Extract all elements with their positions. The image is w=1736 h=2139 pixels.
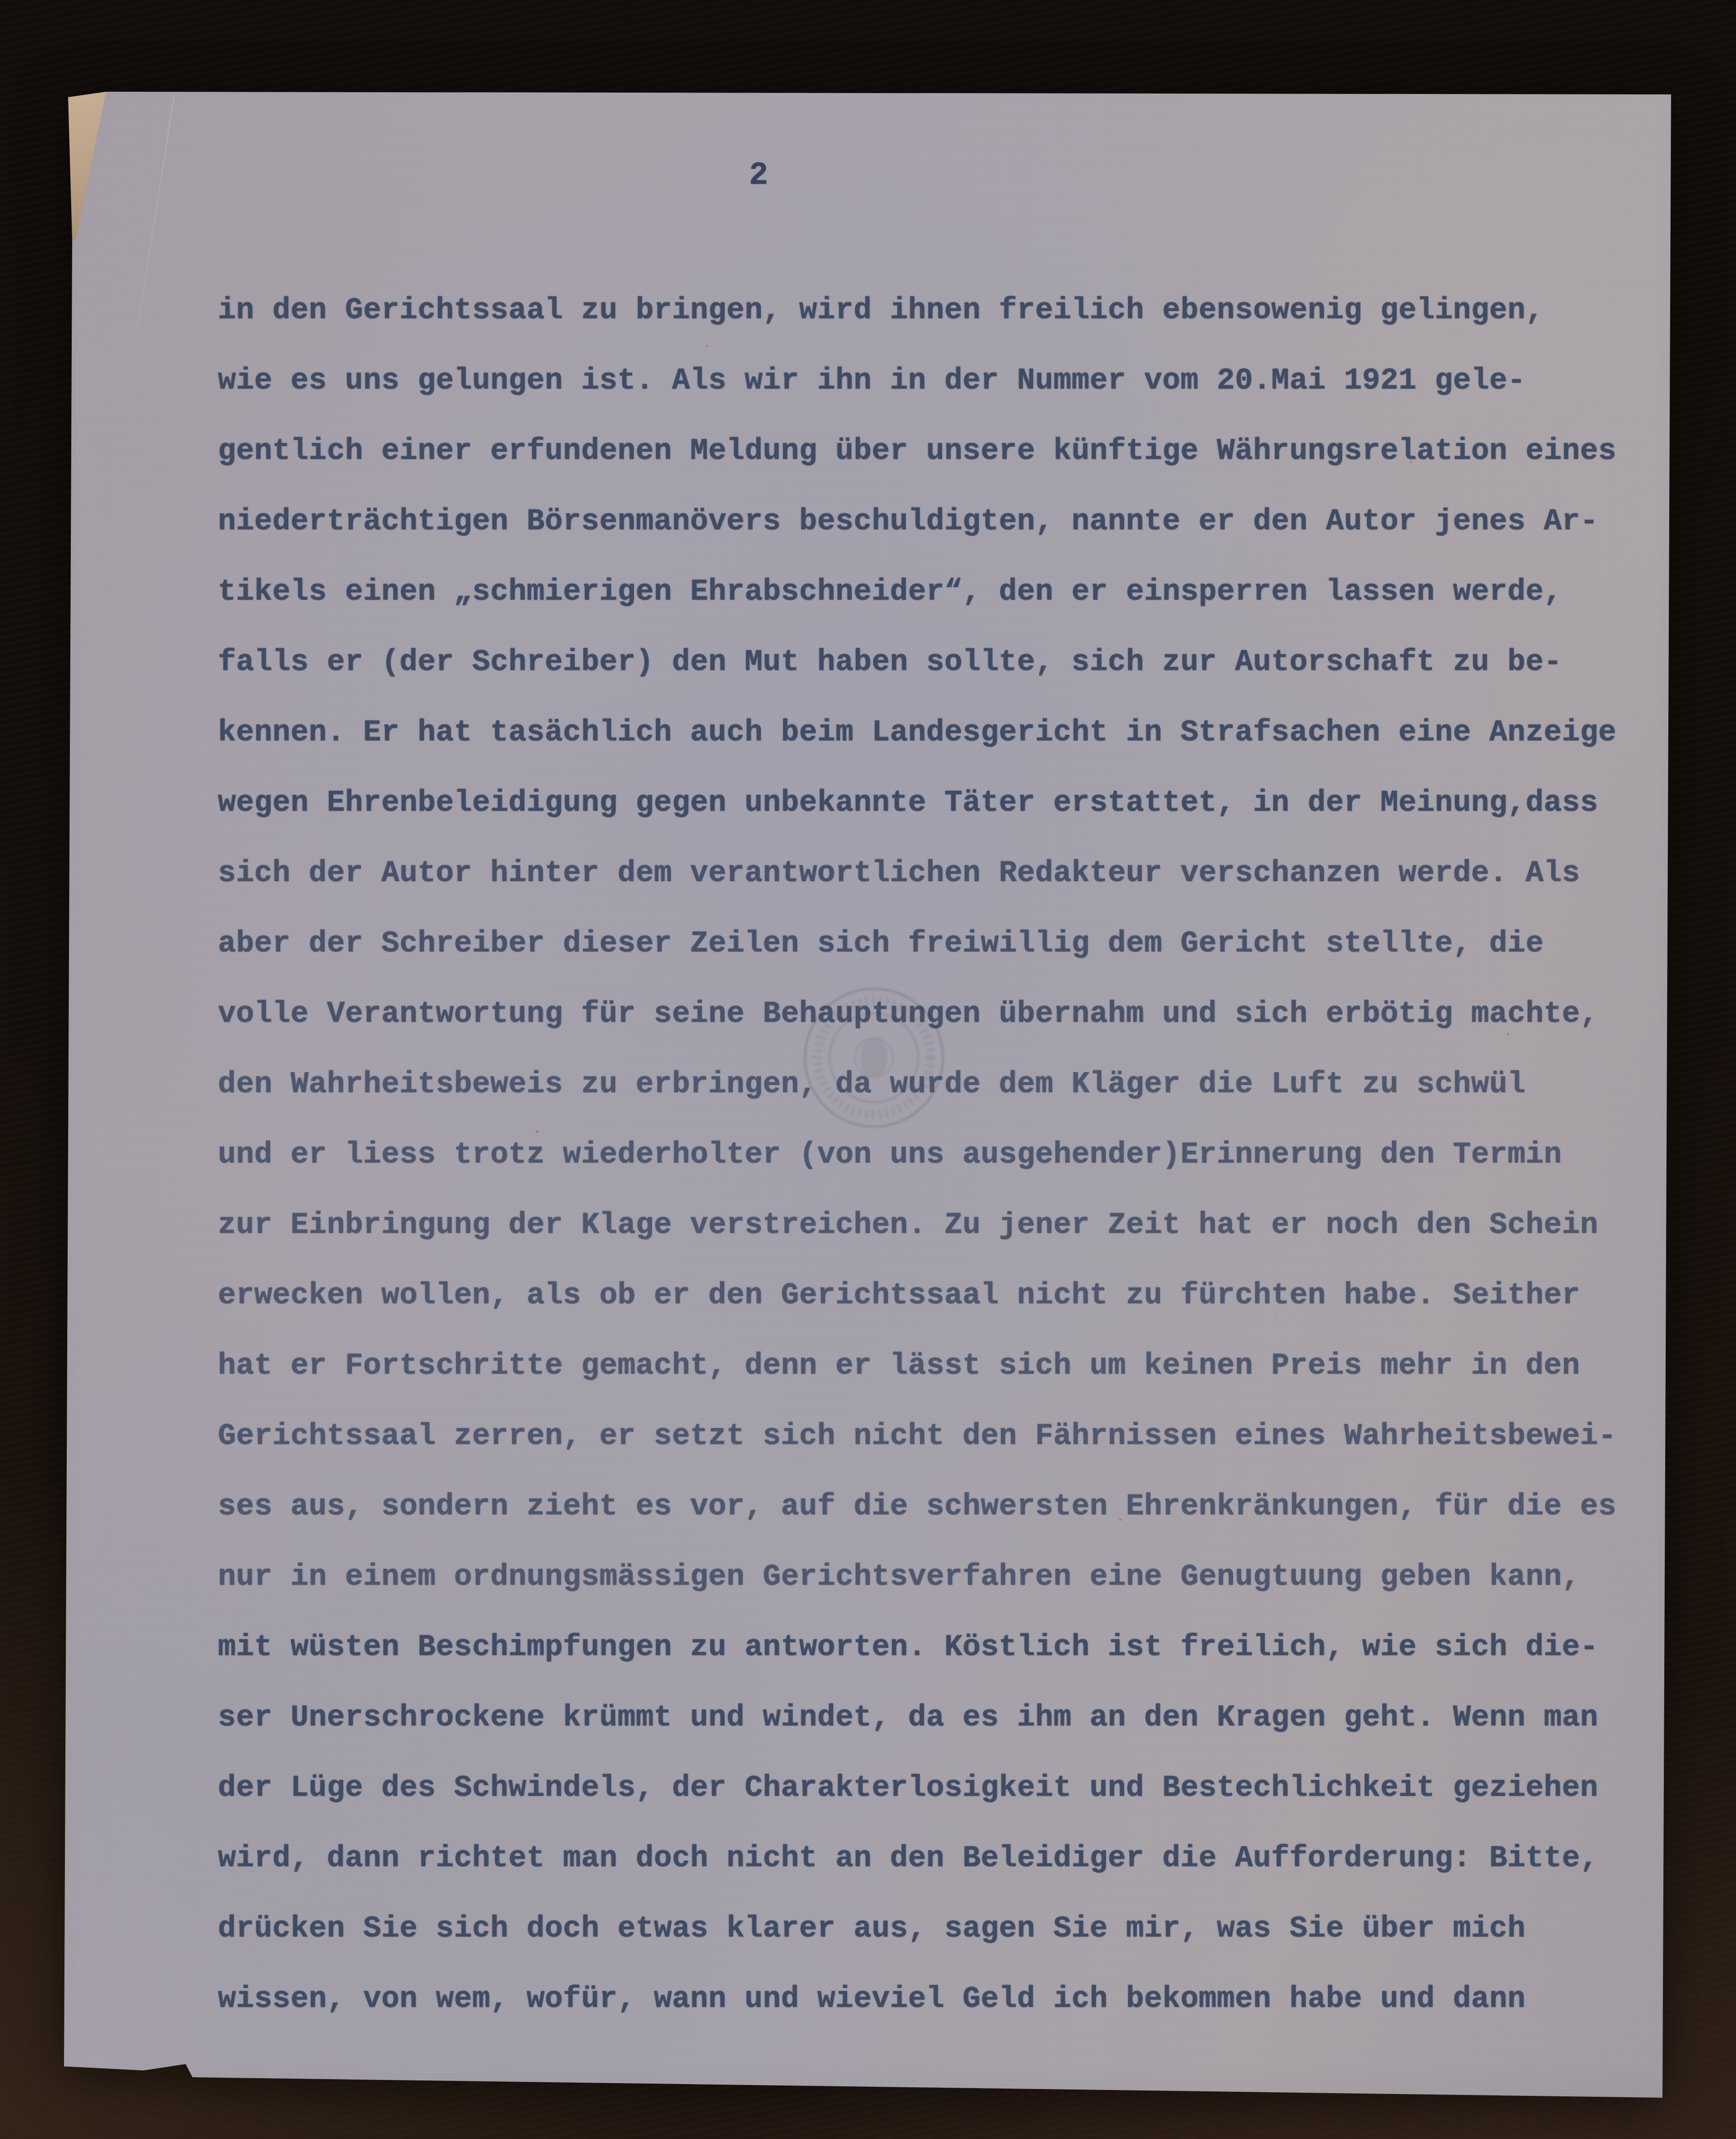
text-line: ser Unerschrockene krümmt und windet, da… — [218, 1682, 1643, 1753]
text-line: erwecken wollen, als ob er den Gerichtss… — [218, 1260, 1643, 1331]
folded-corner — [64, 89, 113, 245]
paper-crease — [136, 96, 175, 332]
text-line: niederträchtigen Börsenmanövers beschuld… — [218, 486, 1643, 557]
text-line: drücken Sie sich doch etwas klarer aus, … — [218, 1893, 1643, 1964]
text-line: wegen Ehrenbeleidigung gegen unbekannte … — [218, 768, 1643, 838]
text-line: wird, dann richtet man doch nicht an den… — [218, 1823, 1643, 1893]
text-line: wissen, von wem, wofür, wann und wieviel… — [218, 1964, 1643, 2034]
text-line: gentlich einer erfundenen Meldung über u… — [218, 416, 1643, 486]
text-line: ses aus, sondern zieht es vor, auf die s… — [218, 1471, 1643, 1542]
text-line: falls er (der Schreiber) den Mut haben s… — [218, 627, 1643, 697]
paper-speck — [1119, 1518, 1122, 1521]
text-line: mit wüsten Beschimpfungen zu antworten. … — [218, 1612, 1643, 1682]
page-number: 2 — [749, 158, 768, 194]
text-line: aber der Schreiber dieser Zeilen sich fr… — [218, 908, 1643, 979]
paper-speck — [1507, 1033, 1509, 1035]
paper-speck — [390, 1784, 393, 1786]
text-line: sich der Autor hinter dem verantwortlich… — [218, 838, 1643, 908]
paper-wrapper: 2 in den Gerichtssaal zu bringen, wird i… — [0, 0, 1736, 2139]
text-line: in den Gerichtssaal zu bringen, wird ihn… — [218, 275, 1643, 345]
document-page: 2 in den Gerichtssaal zu bringen, wird i… — [0, 0, 1736, 2139]
paper-speck — [536, 1130, 538, 1133]
circular-ink-stamp — [797, 981, 951, 1135]
paper-speck — [1410, 461, 1412, 463]
paper-speck — [706, 345, 708, 347]
text-line: Gerichtssaal zerren, er setzt sich nicht… — [218, 1401, 1643, 1471]
text-line: wie es uns gelungen ist. Als wir ihn in … — [218, 345, 1643, 416]
text-line: nur in einem ordnungsmässigen Gerichtsve… — [218, 1542, 1643, 1612]
text-line: zur Einbringung der Klage verstreichen. … — [218, 1190, 1643, 1260]
photo-backdrop: 2 in den Gerichtssaal zu bringen, wird i… — [0, 0, 1736, 2139]
typewritten-text: in den Gerichtssaal zu bringen, wird ihn… — [218, 275, 1643, 2034]
text-line: hat er Fortschritte gemacht, denn er läs… — [218, 1331, 1643, 1401]
text-line: kennen. Er hat tasächlich auch beim Land… — [218, 697, 1643, 768]
text-line: tikels einen „schmierigen Ehrabschneider… — [218, 557, 1643, 627]
text-line: der Lüge des Schwindels, der Charakterlo… — [218, 1753, 1643, 1823]
